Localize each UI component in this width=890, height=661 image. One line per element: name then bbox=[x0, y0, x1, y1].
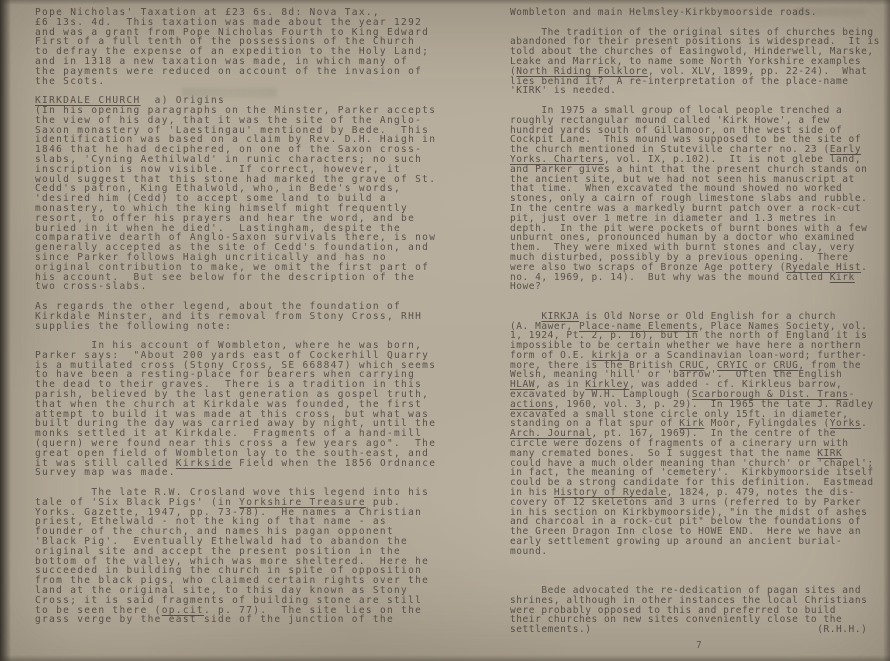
scan-edge-bottom bbox=[0, 655, 890, 661]
text-line: early settlement growing up around an an… bbox=[510, 537, 884, 547]
text-line: settlements.) (R.H.H.) bbox=[510, 625, 884, 635]
page-number: 7 bbox=[696, 640, 702, 651]
scan-edge-left bbox=[0, 0, 11, 661]
text-line bbox=[510, 292, 884, 302]
right-page: Wombleton and main Helmsley-Kirkbymoorsi… bbox=[510, 8, 884, 635]
text-line: Wombleton and main Helmsley-Kirkbymoorsi… bbox=[510, 8, 884, 18]
left-page: Pope Nicholas' Taxation at £23 6s. 8d: N… bbox=[35, 8, 445, 625]
text-line: supplies the following note: bbox=[35, 322, 445, 332]
text-line: no. 4, 1969, p. 14). But why was the mou… bbox=[510, 273, 884, 283]
text-line: grass verge by the east side of the junc… bbox=[35, 615, 445, 625]
text-line: Howe? bbox=[510, 282, 884, 292]
text-line bbox=[510, 557, 884, 567]
text-line bbox=[510, 566, 884, 576]
text-line: 'KIRK' is needed. bbox=[510, 86, 884, 96]
text-line: the Scots. bbox=[35, 77, 445, 87]
text-line: Survey map was made. bbox=[35, 468, 445, 478]
scanned-document: Pope Nicholas' Taxation at £23 6s. 8d: N… bbox=[0, 0, 890, 661]
scan-edge-right bbox=[883, 0, 890, 661]
text-line: two cross-slabs. bbox=[35, 282, 445, 292]
text-line: mound. bbox=[510, 547, 884, 557]
scan-edge-top bbox=[0, 0, 890, 5]
